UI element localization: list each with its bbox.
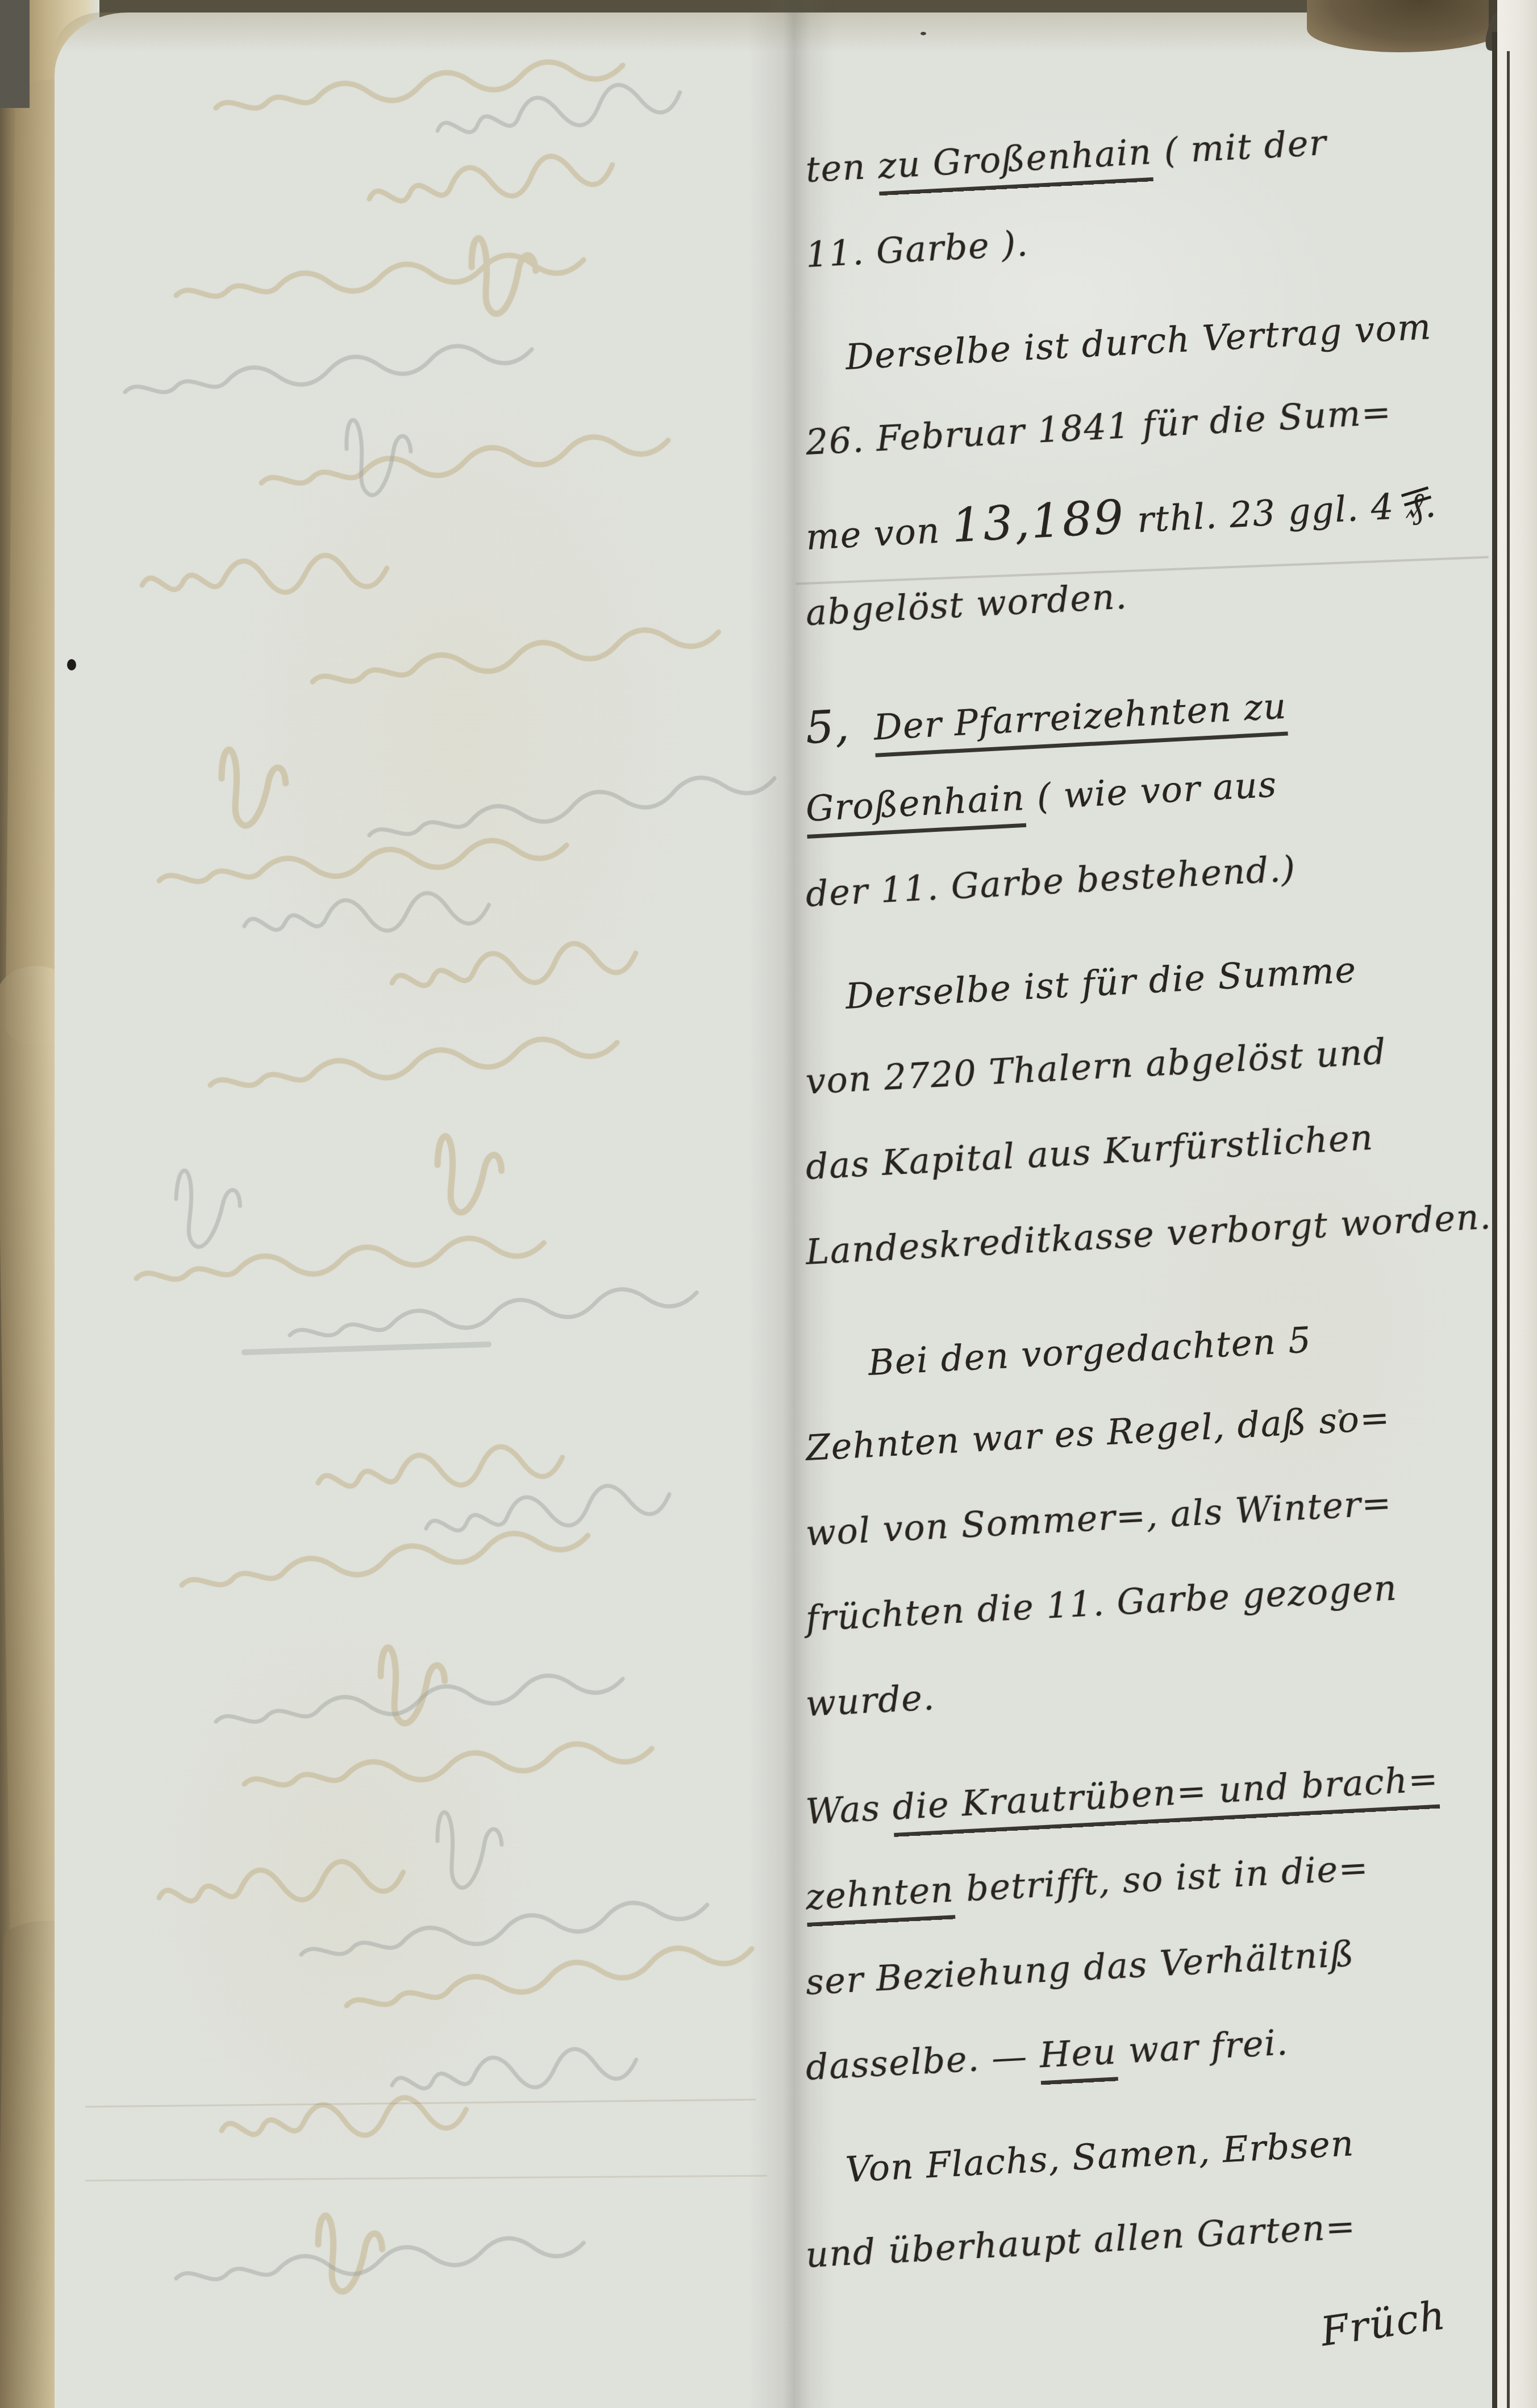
handwriting-text: ten (805, 145, 879, 190)
handwriting-text: 5, (805, 699, 875, 754)
bleed-through-writing (74, 28, 790, 2403)
handwriting-text: me von (805, 509, 953, 558)
ink-speck (1338, 1409, 1342, 1413)
manuscript-book-photo: ten zu Großenhain ( mit der11. Garbe ).D… (0, 0, 1537, 2408)
underlined-phrase: zehnten (805, 1868, 956, 1927)
top-left-background (0, 0, 30, 108)
fore-edge-line (1492, 32, 1497, 2408)
adjacent-page-edge (1497, 0, 1537, 2408)
handwriting-text: 13,189 (951, 490, 1126, 553)
ink-speck (67, 659, 76, 670)
handwriting-text: ₰ (1405, 484, 1426, 527)
ink-speck (920, 32, 926, 35)
handwriting-text: Was (805, 1786, 893, 1832)
handwriting-line: wurde. (805, 1676, 936, 1724)
underlined-phrase: Heu (1039, 2030, 1118, 2085)
handwriting-text: wurde. (805, 1676, 936, 1724)
fore-edge-line (1507, 51, 1510, 2408)
